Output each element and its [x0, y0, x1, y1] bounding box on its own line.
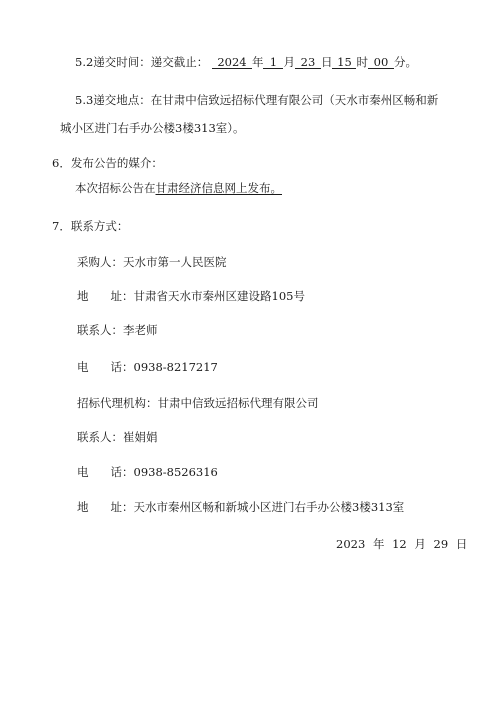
agency-phone: 电话：0938-8526316	[77, 465, 218, 479]
deadline-minute: 00	[368, 56, 394, 69]
phone-label-b: 话：	[111, 465, 134, 479]
year-unit: 年	[252, 55, 264, 69]
purchaser-contact-value: 李老师	[123, 323, 158, 337]
submission-deadline-label: 5.2递交时间：递交截止：	[75, 55, 208, 69]
phone-label-a: 电	[77, 360, 89, 374]
deadline-hour: 15	[332, 56, 356, 69]
contact-label: 联系人：	[77, 323, 123, 337]
deadline-day: 23	[295, 56, 321, 69]
publication-media: 本次招标公告在甘肃经济信息网上发布。	[75, 181, 282, 195]
signature-year: 2023	[336, 537, 365, 551]
address-label-a: 地	[77, 289, 89, 303]
deadline-year: 2024	[212, 56, 252, 69]
purchaser-name: 采购人：天水市第一人民医院	[77, 255, 227, 269]
agency-address-value: 天水市秦州区畅和新城小区进门右手办公楼3楼313室	[134, 500, 405, 514]
day-unit: 日	[456, 537, 468, 551]
agency-name: 招标代理机构：甘肃中信致远招标代理有限公司	[77, 396, 319, 410]
hour-unit: 时	[356, 55, 368, 69]
phone-label-a: 电	[77, 465, 89, 479]
publication-prefix: 本次招标公告在	[75, 181, 156, 195]
section6-heading: 6．发布公告的媒介：	[52, 156, 163, 170]
signature-month: 12	[392, 537, 407, 551]
address-label-a: 地	[77, 500, 89, 514]
section7-heading: 7．联系方式：	[52, 219, 128, 233]
publication-site-link[interactable]: 甘肃经济信息网上发布。	[156, 181, 283, 195]
month-unit: 月	[283, 55, 295, 69]
agency-phone-value: 0938-8526316	[134, 465, 218, 479]
purchaser-phone-value: 0938-8217217	[134, 360, 218, 374]
day-unit: 日	[321, 55, 333, 69]
purchaser-address: 地址：甘肃省天水市秦州区建设路105号	[77, 289, 305, 303]
signature-day: 29	[434, 537, 449, 551]
contact-label: 联系人：	[77, 430, 123, 444]
year-unit: 年	[373, 537, 385, 551]
agency-name-label: 招标代理机构：	[77, 396, 158, 410]
address-label-b: 址：	[111, 289, 134, 303]
purchaser-name-label: 采购人：	[77, 255, 123, 269]
agency-contact-value: 崔娟娟	[123, 430, 158, 444]
purchaser-name-value: 天水市第一人民医院	[123, 255, 227, 269]
agency-contact: 联系人：崔娟娟	[77, 430, 158, 444]
agency-address: 地址：天水市秦州区畅和新城小区进门右手办公楼3楼313室	[77, 500, 404, 514]
purchaser-phone: 电话：0938-8217217	[77, 360, 218, 374]
phone-label-b: 话：	[111, 360, 134, 374]
submission-deadline: 5.2递交时间：递交截止： 2024年1月23日15时00分。	[75, 55, 417, 69]
submission-location-line2: 城小区进门右手办公楼3楼313室）。	[60, 121, 245, 135]
month-unit: 月	[414, 537, 426, 551]
submission-location-line1: 5.3递交地点：在甘肃中信致远招标代理有限公司（天水市秦州区畅和新	[75, 93, 438, 107]
purchaser-contact: 联系人：李老师	[77, 323, 158, 337]
minute-unit: 分。	[394, 55, 417, 69]
purchaser-address-value: 甘肃省天水市秦州区建设路105号	[134, 289, 305, 303]
signature-date: 2023 年 12 月 29 日	[336, 537, 467, 551]
deadline-month: 1	[263, 56, 283, 69]
agency-name-value: 甘肃中信致远招标代理有限公司	[158, 396, 319, 410]
address-label-b: 址：	[111, 500, 134, 514]
